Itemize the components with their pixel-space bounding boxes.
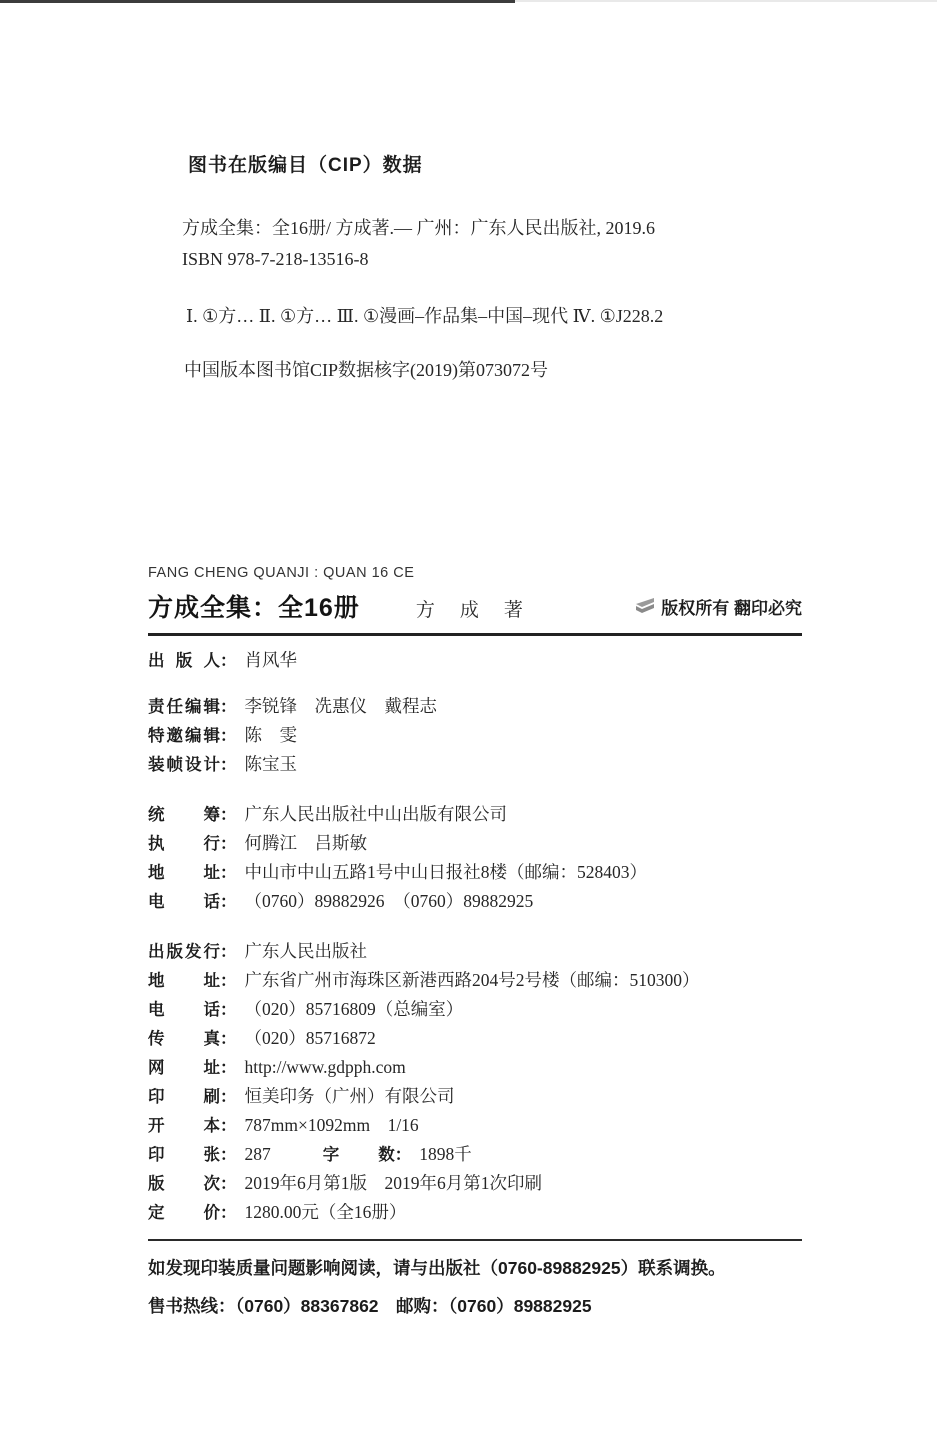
book-author: 方 成 著 — [416, 595, 526, 622]
printer-value: 恒美印务（广州）有限公司 — [245, 1083, 455, 1108]
coordinator-value: 广东人民出版社中山出版有限公司 — [245, 801, 508, 826]
zhongshan-phone-label: 电话 — [148, 888, 220, 912]
sheets-words-colon2: ： — [395, 1141, 412, 1165]
price-row: 定价：1280.00元（全16册） — [148, 1199, 802, 1228]
publisher-website-value: http://www.gdpph.com — [245, 1057, 406, 1078]
publisher-address-value: 广东省广州市海珠区新港西路204号2号楼（邮编：510300） — [245, 967, 700, 992]
publisher-person-row: 出版人：肖风华 — [148, 647, 802, 676]
sheets-words-row: 印张：287字数：1898千 — [148, 1141, 802, 1170]
executor-row: 执行：何腾江 吕斯敏 — [148, 830, 802, 859]
footer-divider-rule — [148, 1239, 802, 1241]
executor-colon: ： — [220, 830, 237, 854]
publisher-website-colon: ： — [220, 1054, 237, 1078]
responsible-editor-colon: ： — [220, 693, 237, 717]
format-label: 开本 — [148, 1112, 220, 1136]
coordinator-label: 统筹 — [148, 801, 220, 825]
publishing-block: 出版发行：广东人民出版社地址：广东省广州市海珠区新港西路204号2号楼（邮编：5… — [148, 938, 802, 1228]
publisher-phone-label: 电话 — [148, 996, 220, 1020]
cip-heading: 图书在版编目（CIP）数据 — [188, 150, 802, 177]
title-row: 方成全集：全16册 方 成 著 版权所有 翻印必究 — [148, 588, 802, 624]
publisher-address-row: 地址：广东省广州市海珠区新港西路204号2号楼（邮编：510300） — [148, 967, 802, 996]
publisher-person-label: 出版人 — [148, 647, 220, 671]
publisher-distributor-value: 广东人民出版社 — [245, 938, 368, 963]
executor-label: 执行 — [148, 830, 220, 854]
invited-editor-value: 陈 雯 — [245, 722, 298, 747]
zhongshan-address-colon: ： — [220, 859, 237, 883]
cip-section: 图书在版编目（CIP）数据 方成全集：全16册/ 方成著.— 广州：广东人民出版… — [148, 150, 802, 382]
publisher-fax-label: 传真 — [148, 1025, 220, 1049]
colophon-section: FANG CHENG QUANJI : QUAN 16 CE 方成全集：全16册… — [148, 560, 802, 1318]
scan-edge-artifact-light — [515, 0, 937, 2]
publisher-address-label: 地址 — [148, 967, 220, 991]
invited-editor-label: 特邀编辑 — [148, 722, 220, 746]
sheets-words-value: 287 — [245, 1144, 271, 1165]
format-row: 开本：787mm×1092mm 1/16 — [148, 1112, 802, 1141]
binding-designer-label: 装帧设计 — [148, 751, 220, 775]
sheets-words-colon: ： — [220, 1141, 237, 1165]
edition-value: 2019年6月第1版 2019年6月第1次印刷 — [245, 1170, 543, 1195]
production-block: 统筹：广东人民出版社中山出版有限公司执行：何腾江 吕斯敏地址：中山市中山五路1号… — [148, 801, 802, 917]
binding-designer-colon: ： — [220, 751, 237, 775]
publisher-fax-colon: ： — [220, 1025, 237, 1049]
zhongshan-phone-row: 电话：（0760）89882926 （0760）89882925 — [148, 888, 802, 917]
publisher-phone-colon: ： — [220, 996, 237, 1020]
copyright-group: 版权所有 翻印必究 — [632, 594, 802, 619]
cip-entry-line: 方成全集：全16册/ 方成著.— 广州：广东人民出版社, 2019.6 — [182, 213, 802, 244]
publisher-person-block: 出版人：肖风华 — [148, 647, 802, 676]
cip-classification-line: Ⅰ. ①方… Ⅱ. ①方… Ⅲ. ①漫画–作品集–中国–现代 Ⅳ. ①J228.… — [186, 302, 802, 328]
zhongshan-address-value: 中山市中山五路1号中山日报社8楼（邮编：528403） — [245, 859, 648, 884]
publisher-address-colon: ： — [220, 967, 237, 991]
copyright-page: 图书在版编目（CIP）数据 方成全集：全16册/ 方成著.— 广州：广东人民出版… — [0, 0, 937, 1439]
executor-value: 何腾江 吕斯敏 — [245, 830, 368, 855]
open-book-logo-icon — [632, 597, 657, 616]
zhongshan-address-row: 地址：中山市中山五路1号中山日报社8楼（邮编：528403） — [148, 859, 802, 888]
price-value: 1280.00元（全16册） — [245, 1199, 407, 1224]
binding-designer-value: 陈宝玉 — [245, 751, 298, 776]
publisher-person-colon: ： — [220, 647, 237, 671]
zhongshan-phone-colon: ： — [220, 888, 237, 912]
coordinator-row: 统筹：广东人民出版社中山出版有限公司 — [148, 801, 802, 830]
responsible-editor-value: 李锐锋 冼惠仪 戴程志 — [245, 693, 438, 718]
price-colon: ： — [220, 1199, 237, 1223]
responsible-editor-label: 责任编辑 — [148, 693, 220, 717]
quality-notice: 如发现印装质量问题影响阅读，请与出版社（0760-89882925）联系调换。 — [148, 1255, 802, 1280]
price-label: 定价 — [148, 1199, 220, 1223]
invited-editor-colon: ： — [220, 722, 237, 746]
book-title: 方成全集：全16册 — [148, 588, 360, 624]
binding-designer-row: 装帧设计：陈宝玉 — [148, 751, 802, 780]
edition-colon: ： — [220, 1170, 237, 1194]
cip-isbn-line: ISBN 978-7-218-13516-8 — [182, 244, 802, 275]
copyright-notice: 版权所有 翻印必究 — [661, 594, 802, 619]
invited-editor-row: 特邀编辑：陈 雯 — [148, 722, 802, 751]
printer-label: 印刷 — [148, 1083, 220, 1107]
publisher-phone-row: 电话：（020）85716809（总编室） — [148, 996, 802, 1025]
publisher-distributor-colon: ： — [220, 938, 237, 962]
publisher-phone-value: （020）85716809（总编室） — [245, 996, 464, 1021]
coordinator-colon: ： — [220, 801, 237, 825]
printer-row: 印刷：恒美印务（广州）有限公司 — [148, 1083, 802, 1112]
sheets-words-label: 印张 — [148, 1141, 220, 1165]
publisher-person-value: 肖风华 — [245, 647, 298, 672]
publisher-website-label: 网址 — [148, 1054, 220, 1078]
publisher-fax-row: 传真：（020）85716872 — [148, 1025, 802, 1054]
zhongshan-address-label: 地址 — [148, 859, 220, 883]
zhongshan-phone-value: （0760）89882926 （0760）89882925 — [245, 888, 534, 913]
format-colon: ： — [220, 1112, 237, 1136]
publisher-distributor-label: 出版发行 — [148, 938, 220, 962]
title-divider-rule — [148, 633, 802, 636]
responsible-editor-row: 责任编辑：李锐锋 冼惠仪 戴程志 — [148, 693, 802, 722]
sheets-words-value2: 1898千 — [419, 1141, 472, 1166]
staff-block: 责任编辑：李锐锋 冼惠仪 戴程志特邀编辑：陈 雯装帧设计：陈宝玉 — [148, 693, 802, 780]
sales-hotline: 售书热线：（0760）88367862 邮购：（0760）89882925 — [148, 1293, 802, 1318]
printer-colon: ： — [220, 1083, 237, 1107]
publisher-website-row: 网址：http://www.gdpph.com — [148, 1054, 802, 1083]
cip-record-line: 中国版本图书馆CIP数据核字(2019)第073072号 — [184, 356, 802, 382]
sheets-words-label2: 字数 — [323, 1141, 395, 1165]
edition-row: 版次：2019年6月第1版 2019年6月第1次印刷 — [148, 1170, 802, 1199]
romanized-title: FANG CHENG QUANJI : QUAN 16 CE — [148, 560, 802, 581]
publisher-distributor-row: 出版发行：广东人民出版社 — [148, 938, 802, 967]
edition-label: 版次 — [148, 1170, 220, 1194]
cip-entry: 方成全集：全16册/ 方成著.— 广州：广东人民出版社, 2019.6 ISBN… — [182, 213, 802, 275]
format-value: 787mm×1092mm 1/16 — [245, 1112, 419, 1137]
scan-edge-artifact-dark — [0, 0, 515, 3]
publisher-fax-value: （020）85716872 — [245, 1025, 376, 1050]
